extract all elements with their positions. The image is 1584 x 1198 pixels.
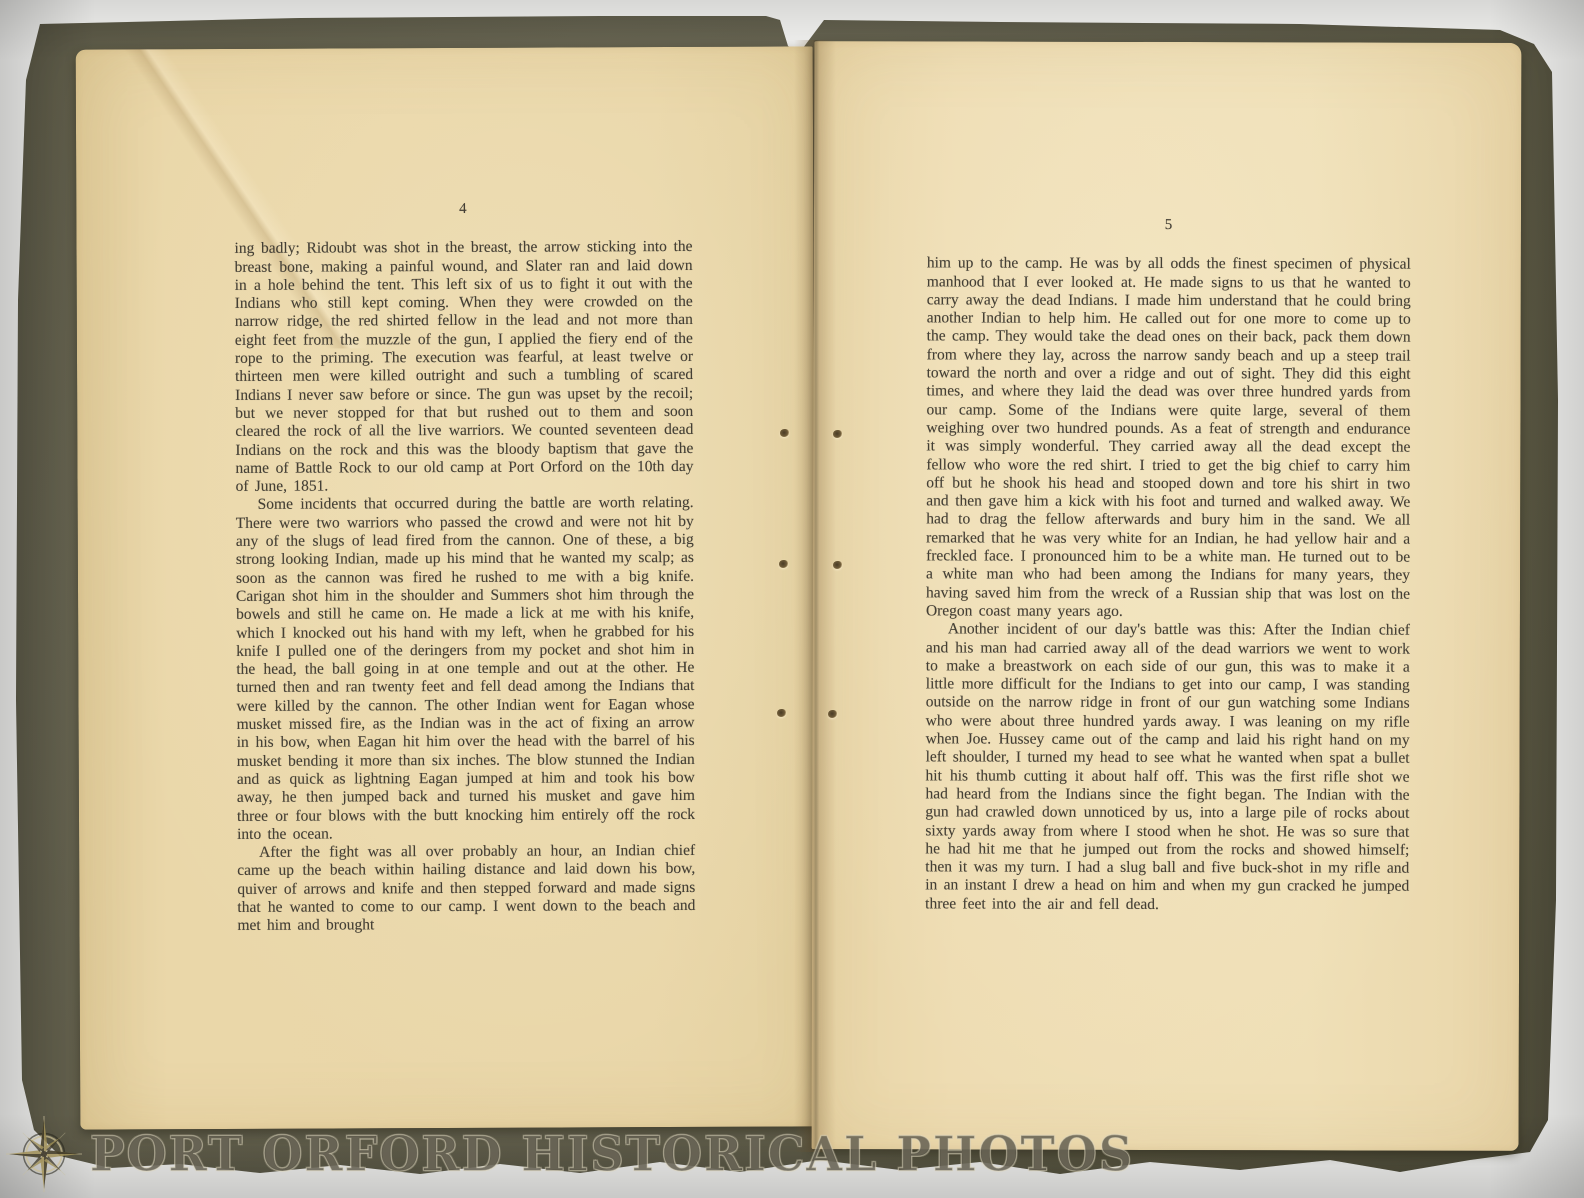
page-5-body: him up to the camp. He was by all odds t… xyxy=(925,255,1411,915)
paragraph: Another incident of our day's battle was… xyxy=(925,621,1410,915)
scanned-booklet-photo: 4 ing badly; Ridoubt was shot in the bre… xyxy=(0,0,1584,1198)
paragraph: After the fight was all over probably an… xyxy=(237,842,695,935)
page-4-text: 4 ing badly; Ridoubt was shot in the bre… xyxy=(234,199,695,936)
paragraph: him up to the camp. He was by all odds t… xyxy=(926,255,1411,622)
page-4-number: 4 xyxy=(234,199,692,219)
page-5-text: 5 him up to the camp. He was by all odds… xyxy=(925,215,1411,914)
paragraph: ing badly; Ridoubt was shot in the breas… xyxy=(234,238,693,496)
page-4: 4 ing badly; Ridoubt was shot in the bre… xyxy=(76,46,818,1129)
page-4-body: ing badly; Ridoubt was shot in the breas… xyxy=(234,238,695,935)
paragraph: Some incidents that occurred during the … xyxy=(236,494,696,844)
page-5-number: 5 xyxy=(927,215,1411,235)
page-5: 5 him up to the camp. He was by all odds… xyxy=(812,41,1522,1151)
